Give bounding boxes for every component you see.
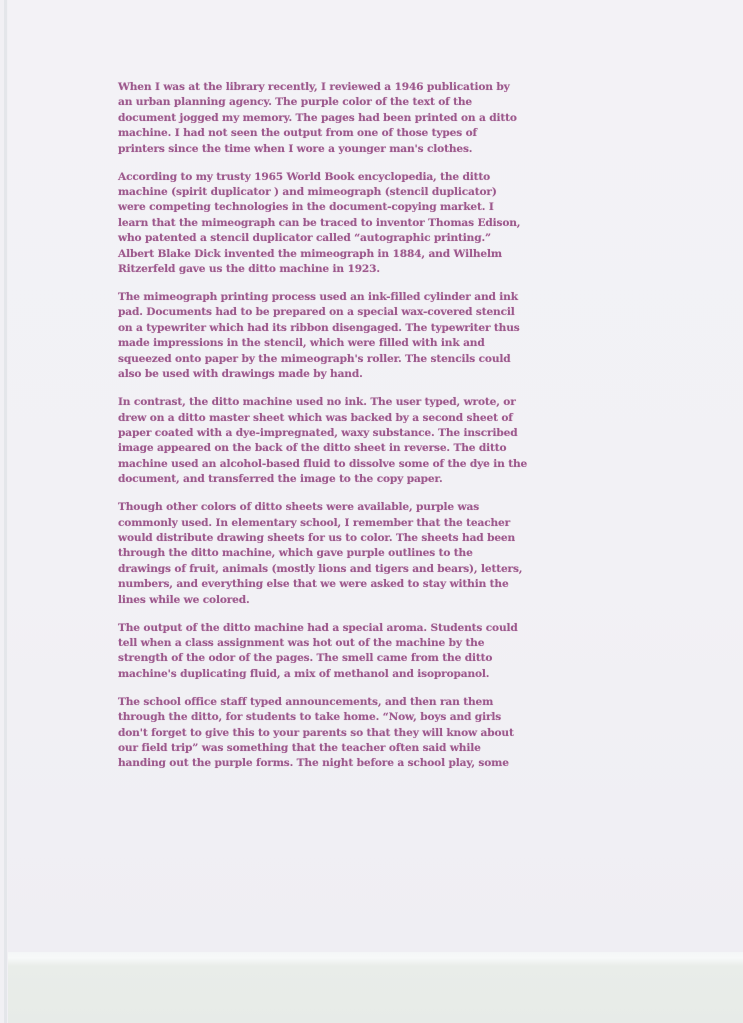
paragraph-4: In contrast, the ditto machine used no i… [118, 395, 638, 487]
text-line: lines while we colored. [118, 593, 638, 608]
text-line: on a typewriter which had its ribbon dis… [118, 321, 638, 336]
text-line: pad. Documents had to be prepared on a s… [118, 305, 638, 320]
scanned-page-background: When I was at the library recently, I re… [0, 0, 743, 1023]
text-line: document jogged my memory. The pages had… [118, 111, 638, 126]
text-line: According to my trusty 1965 World Book e… [118, 170, 638, 185]
text-line: strength of the odor of the pages. The s… [118, 651, 638, 666]
text-line: machine (spirit duplicator ) and mimeogr… [118, 185, 638, 200]
text-line: through the ditto machine, which gave pu… [118, 546, 638, 561]
text-line: When I was at the library recently, I re… [118, 80, 638, 95]
text-line: were competing technologies in the docum… [118, 200, 638, 215]
text-line: document, and transferred the image to t… [118, 472, 638, 487]
text-line: our field trip” was something that the t… [118, 741, 638, 756]
text-line: image appeared on the back of the ditto … [118, 441, 638, 456]
text-line: In contrast, the ditto machine used no i… [118, 395, 638, 410]
paragraph-1: When I was at the library recently, I re… [118, 80, 638, 157]
text-line: The output of the ditto machine had a sp… [118, 621, 638, 636]
paragraph-2: According to my trusty 1965 World Book e… [118, 170, 638, 278]
text-line: machine's duplicating fluid, a mix of me… [118, 667, 638, 682]
text-line: commonly used. In elementary school, I r… [118, 516, 638, 531]
text-line: numbers, and everything else that we wer… [118, 577, 638, 592]
text-line: would distribute drawing sheets for us t… [118, 531, 638, 546]
text-line: The mimeograph printing process used an … [118, 290, 638, 305]
document-body: When I was at the library recently, I re… [118, 80, 638, 784]
text-line: made impressions in the stencil, which w… [118, 336, 638, 351]
text-line: drawings of fruit, animals (mostly lions… [118, 562, 638, 577]
text-line: The school office staff typed announceme… [118, 695, 638, 710]
text-line: printers since the time when I wore a yo… [118, 142, 638, 157]
text-line: machine used an alcohol-based fluid to d… [118, 457, 638, 472]
text-line: handing out the purple forms. The night … [118, 756, 638, 771]
text-line: through the ditto, for students to take … [118, 710, 638, 725]
text-line: don't forget to give this to your parent… [118, 726, 638, 741]
text-line: Albert Blake Dick invented the mimeograp… [118, 247, 638, 262]
text-line: learn that the mimeograph can be traced … [118, 216, 638, 231]
text-line: tell when a class assignment was hot out… [118, 636, 638, 651]
text-line: drew on a ditto master sheet which was b… [118, 411, 638, 426]
text-line: paper coated with a dye-impregnated, wax… [118, 426, 638, 441]
paragraph-5: Though other colors of ditto sheets were… [118, 500, 638, 608]
text-line: also be used with drawings made by hand. [118, 367, 638, 382]
text-line: Ritzerfeld gave us the ditto machine in … [118, 262, 638, 277]
paragraph-7: The school office staff typed announceme… [118, 695, 638, 772]
text-line: who patented a stencil duplicator called… [118, 231, 638, 246]
text-line: squeezed onto paper by the mimeograph's … [118, 352, 638, 367]
text-line: an urban planning agency. The purple col… [118, 95, 638, 110]
text-line: Though other colors of ditto sheets were… [118, 500, 638, 515]
scan-edge-shadow [4, 0, 7, 1023]
text-line: machine. I had not seen the output from … [118, 126, 638, 141]
paragraph-3: The mimeograph printing process used an … [118, 290, 638, 382]
scanner-bed-edge [8, 952, 743, 1023]
paragraph-6: The output of the ditto machine had a sp… [118, 621, 638, 683]
